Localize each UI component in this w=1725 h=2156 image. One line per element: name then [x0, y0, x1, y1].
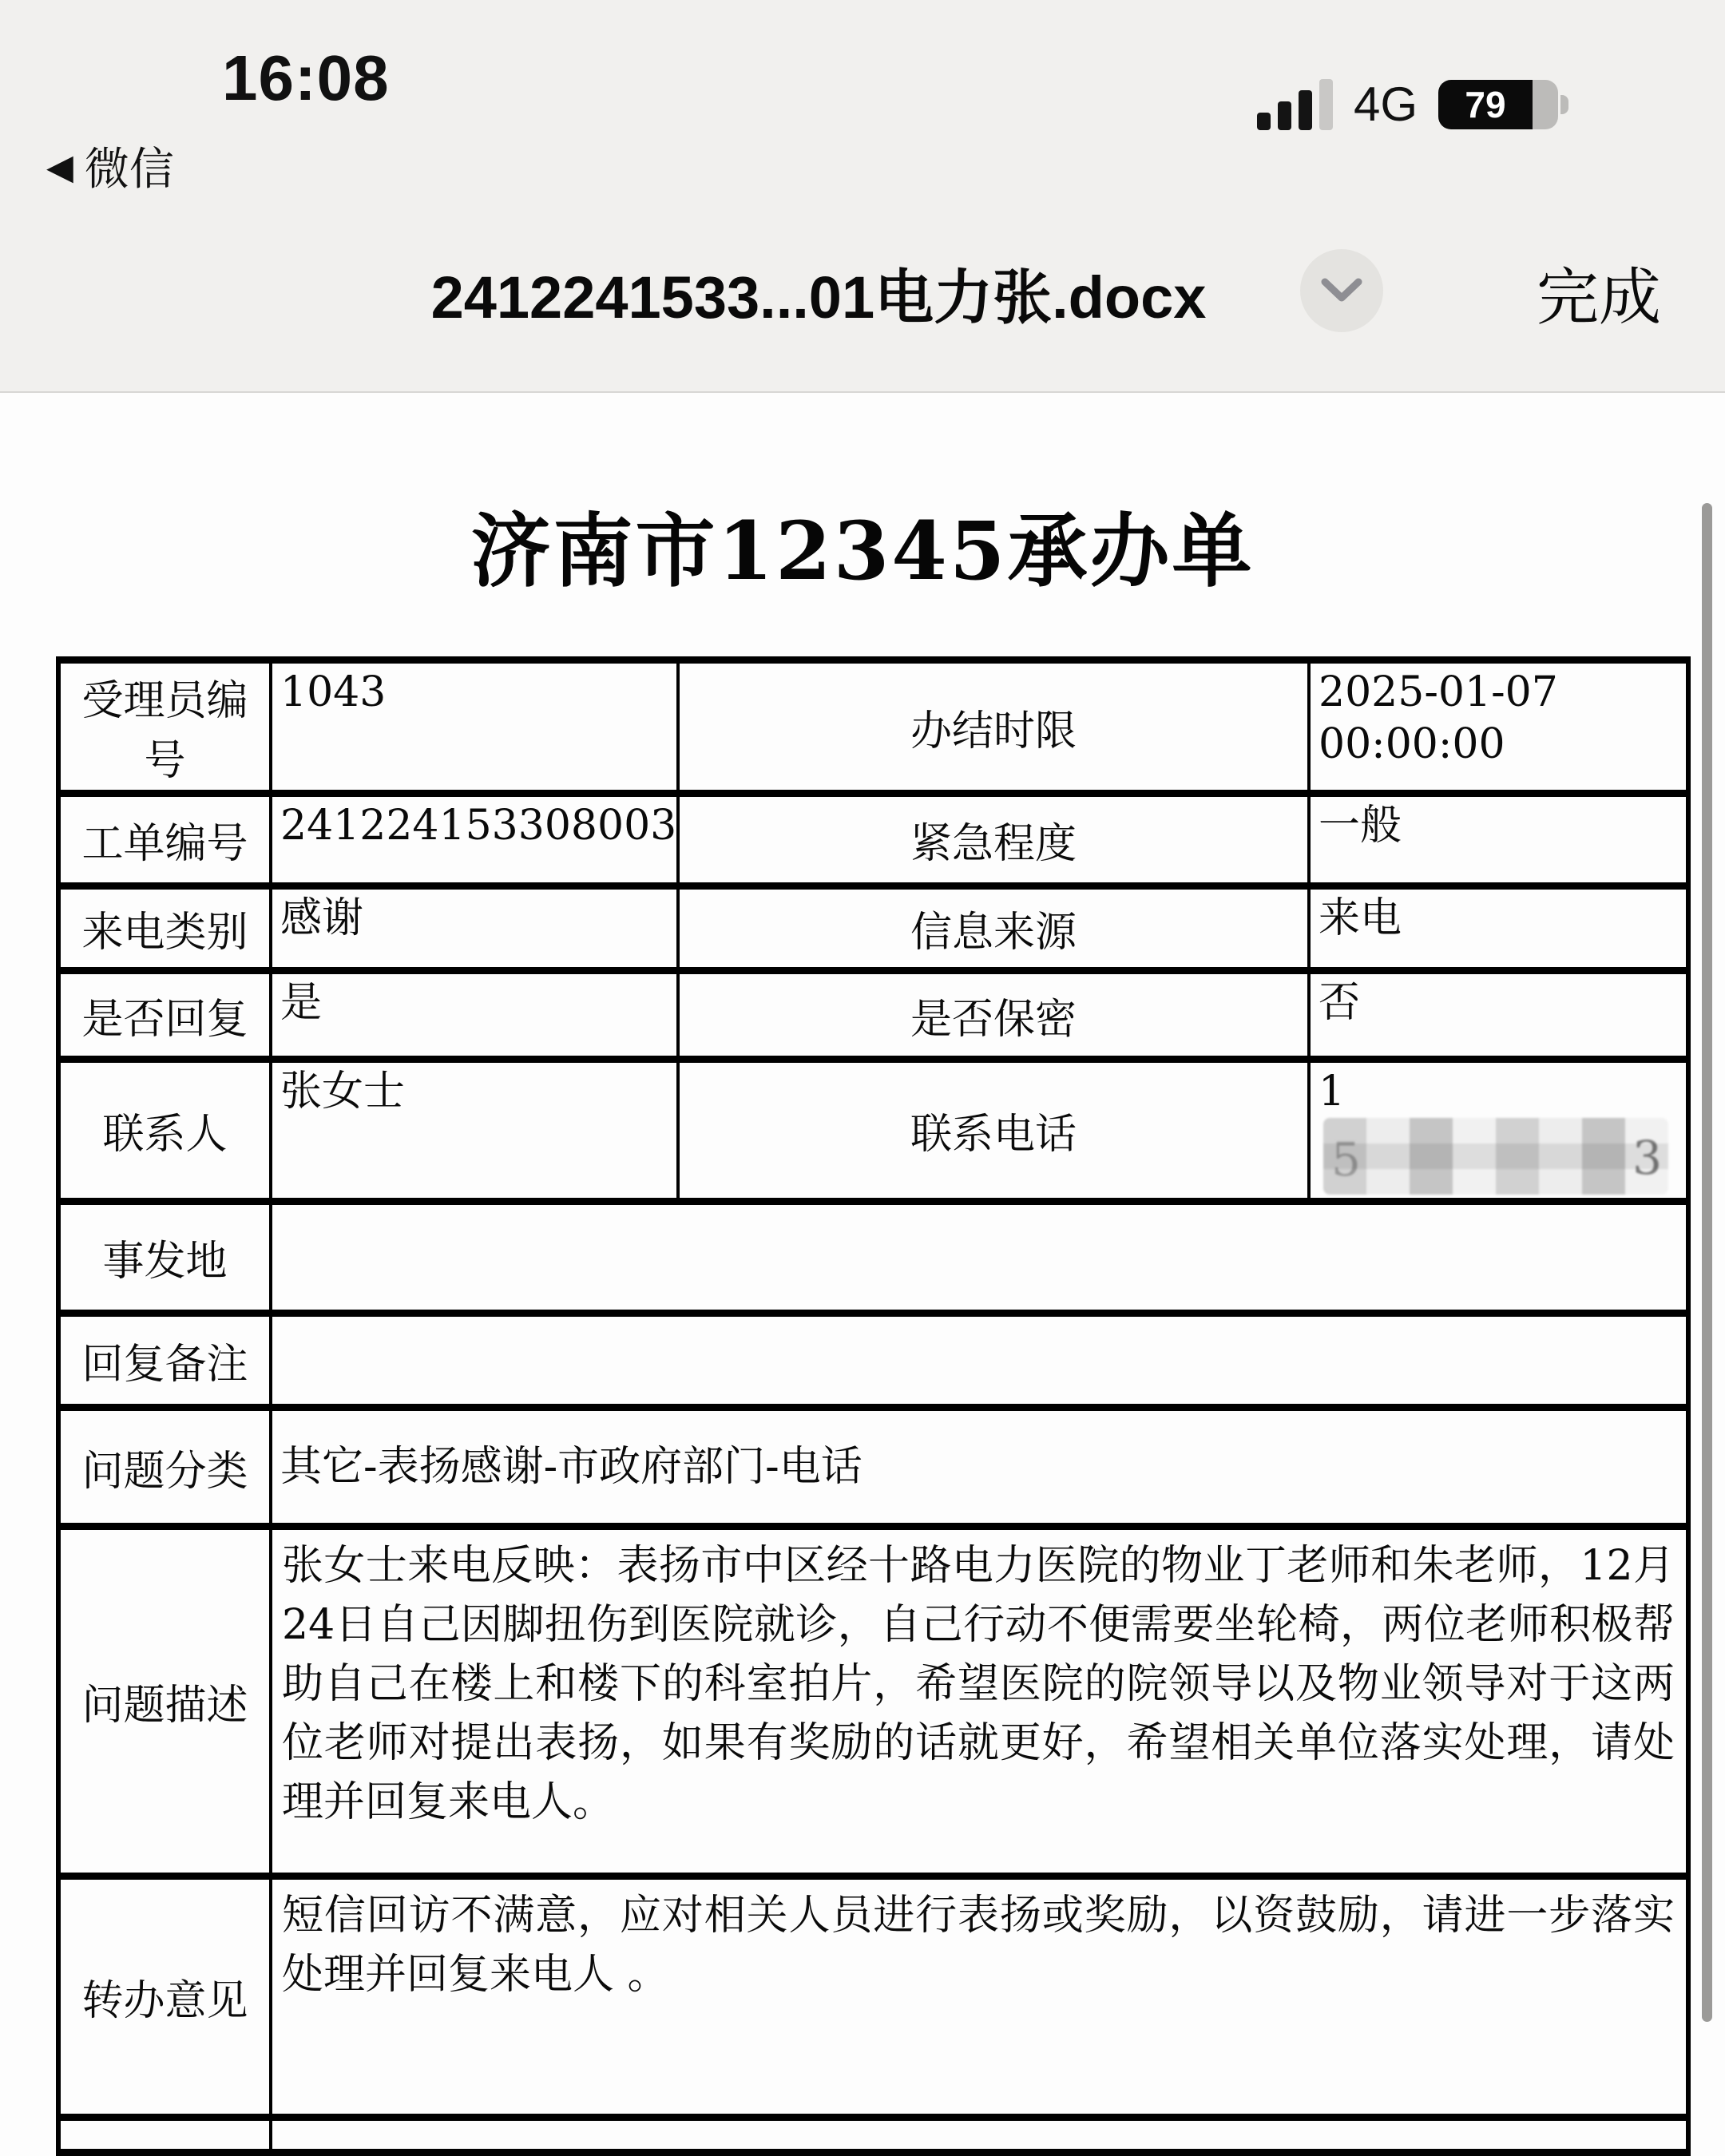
transfer-opinion-text: 短信回访不满意，应对相关人员进行表扬或奖励，以资鼓励，请进一步落实处理并回复来电… — [271, 1877, 1688, 2023]
table-row: 事发地 — [58, 1202, 1688, 1314]
table-row: 来电类别 感谢 信息来源 来电 — [58, 886, 1688, 971]
status-time: 16:08 — [222, 42, 390, 115]
problem-description-text: 张女士来电反映：表扬市中区经十路电力医院的物业丁老师和朱老师，12月24日自己因… — [271, 1527, 1688, 1877]
document-title-bar: 2412241533...01电力张.docx 完成 — [0, 240, 1725, 343]
row-label: 来电类别 — [58, 886, 271, 971]
row-value: 其它-表扬感谢-市政府部门-电话 — [271, 1408, 1688, 1527]
row-label: 转办意见 — [58, 1877, 271, 2023]
table-row: 受理员编号 1043 办结时限 2025-01-07 00:00:00 — [58, 660, 1688, 794]
row-value — [271, 1314, 1688, 1408]
back-arrow-icon: ◀ — [46, 150, 73, 185]
phone-visible-digit: 1 — [1319, 1068, 1345, 1116]
chevron-down-icon — [1320, 277, 1363, 304]
row-value: 1043 — [271, 660, 678, 794]
row-value: 一般 — [1309, 794, 1688, 886]
row-value: 2025-01-07 00:00:00 — [1309, 660, 1688, 794]
status-indicators: 4G 79 — [1257, 77, 1568, 132]
file-viewer-header: 16:08 ◀ 微信 4G 79 2412241533...01电力张.docx… — [0, 0, 1725, 393]
battery-icon: 79 — [1438, 80, 1568, 129]
row-label: 事发地 — [58, 1202, 271, 1314]
battery-percent-label: 79 — [1438, 80, 1533, 129]
network-type-label: 4G — [1354, 77, 1418, 132]
back-to-wechat-button[interactable]: ◀ 微信 — [46, 134, 174, 198]
row-label: 是否保密 — [678, 971, 1309, 1060]
row-label: 办结时限 — [678, 660, 1309, 794]
row-value: 否 — [1309, 971, 1688, 1060]
row-value: 张女士 — [271, 1060, 678, 1202]
row-label: 问题描述 — [58, 1527, 271, 1877]
row-label: 紧急程度 — [678, 794, 1309, 886]
row-label: 是否回复 — [58, 971, 271, 1060]
row-label: 联系人 — [58, 1060, 271, 1202]
row-label: 联系电话 — [678, 1060, 1309, 1202]
filename-dropdown-button[interactable] — [1300, 249, 1383, 332]
row-label: 回复备注 — [58, 1314, 271, 1408]
table-row: 工单编号 241224153308003301 紧急程度 一般 — [58, 794, 1688, 886]
back-app-label: 微信 — [85, 134, 174, 198]
table-row: 联系人 张女士 联系电话 153 — [58, 1060, 1688, 1202]
row-value: 241224153308003301 — [271, 794, 678, 886]
table-row: 是否回复 是 是否保密 否 — [58, 971, 1688, 1060]
table-row: 问题分类 其它-表扬感谢-市政府部门-电话 — [58, 1408, 1688, 1527]
work-order-table: 受理员编号 1043 办结时限 2025-01-07 00:00:00 工单编号… — [56, 656, 1691, 2022]
redacted-phone-mosaic: 53 — [1323, 1118, 1668, 1195]
row-label: 工单编号 — [58, 794, 271, 886]
row-value: 来电 — [1309, 886, 1688, 971]
phone-number-cell: 153 — [1309, 1060, 1688, 1202]
row-label: 信息来源 — [678, 886, 1309, 971]
table-row: 问题描述 张女士来电反映：表扬市中区经十路电力医院的物业丁老师和朱老师，12月2… — [58, 1527, 1688, 1877]
row-value: 感谢 — [271, 886, 678, 971]
row-value — [271, 1202, 1688, 1314]
table-row: 转办意见 短信回访不满意，应对相关人员进行表扬或奖励，以资鼓励，请进一步落实处理… — [58, 1877, 1688, 2023]
table-row: 回复备注 — [58, 1314, 1688, 1408]
filename-label: 2412241533...01电力张.docx — [343, 251, 1294, 335]
row-label: 问题分类 — [58, 1408, 271, 1527]
document-page: 济南市12345承办单 受理员编号 1043 办结时限 2025-01-07 0… — [0, 394, 1725, 2022]
row-value: 是 — [271, 971, 678, 1060]
cellular-signal-icon — [1257, 79, 1333, 130]
done-button[interactable]: 完成 — [1537, 248, 1661, 337]
scrollbar-thumb[interactable] — [1702, 503, 1712, 2022]
row-label: 受理员编号 — [58, 660, 271, 794]
form-title: 济南市12345承办单 — [0, 487, 1725, 602]
